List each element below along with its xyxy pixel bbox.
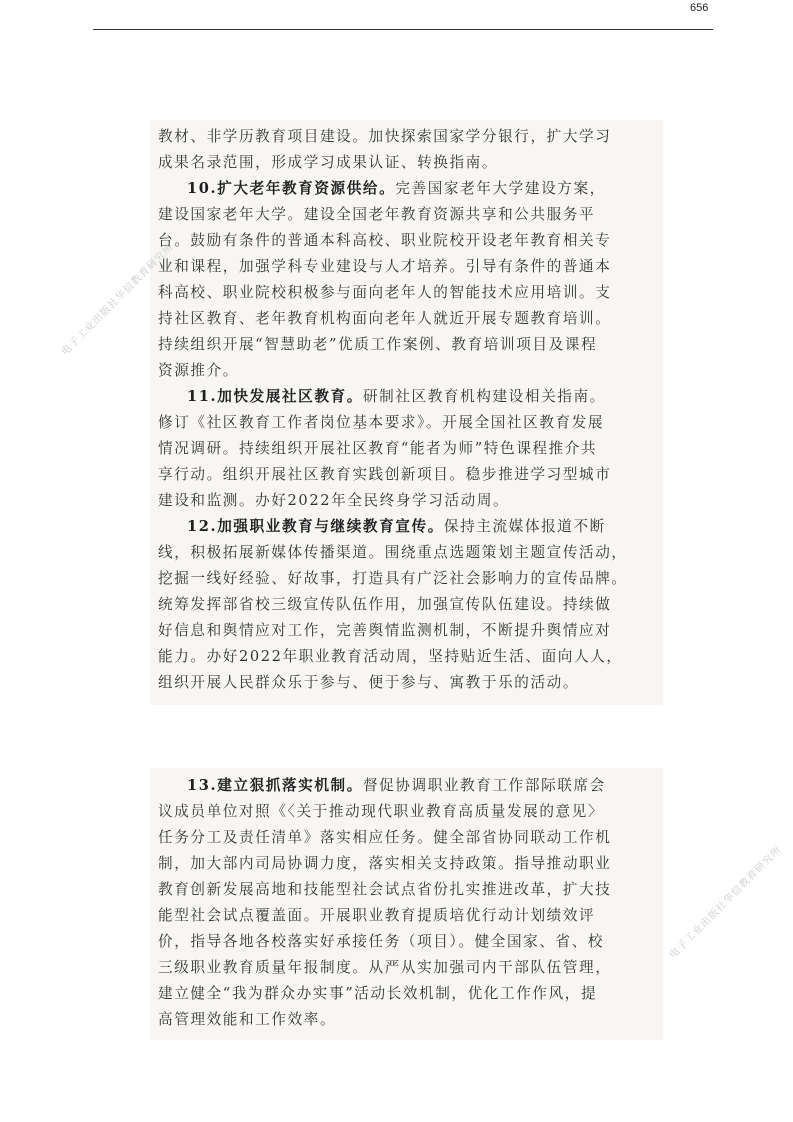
watermark-right: 电子工业出版社华信教育研究所 — [665, 841, 785, 961]
item-heading: 10.扩大老年教育资源供给。 — [187, 180, 395, 197]
item-heading: 11.加快发展社区教育。 — [187, 388, 363, 405]
text-run: 完善国家老年大学建设方案， — [395, 180, 606, 197]
text-line: 成果名录范围，形成学习成果认证、转换指南。 — [158, 150, 658, 176]
text-line: 能型社会试点覆盖面。开展职业教育提质培优行动计划绩效评 — [158, 903, 658, 929]
text-line: 能力。办好2022年职业教育活动周，坚持贴近生活、面向人人， — [158, 644, 658, 670]
item-heading: 13.建立狠抓落实机制。 — [187, 777, 363, 794]
text-line: 高管理效能和工作效率。 — [158, 1007, 658, 1033]
text-line: 业和课程，加强学科专业建设与人才培养。引导有条件的普通本 — [158, 254, 658, 280]
text-line: 好信息和舆情应对工作，完善舆情监测机制，不断提升舆情应对 — [158, 618, 658, 644]
text-run: 保持主流媒体报道不断 — [444, 518, 606, 535]
paragraph-first-line: 11.加快发展社区教育。研制社区教育机构建设相关指南。 — [158, 384, 658, 410]
text-line: 线，积极拓展新媒体传播渠道。围绕重点选题策划主题宣传活动， — [158, 540, 658, 566]
text-run: 督促协调职业教育工作部际联席会 — [363, 777, 606, 794]
header-rule — [93, 29, 713, 30]
paragraph-item-11: 11.加快发展社区教育。研制社区教育机构建设相关指南。 修订《社区教育工作者岗位… — [158, 384, 658, 514]
paragraph-item-13: 13.建立狠抓落实机制。督促协调职业教育工作部际联席会 议成员单位对照《〈关于推… — [158, 773, 658, 1033]
text-line: 享行动。组织开展社区教育实践创新项目。稳步推进学习型城市 — [158, 462, 658, 488]
text-line: 制，加大部内司局协调力度，落实相关支持政策。指导推动职业 — [158, 851, 658, 877]
text-line: 教育创新发展高地和技能型社会试点省份扎实推进改革，扩大技 — [158, 877, 658, 903]
paragraph-item-12: 12.加强职业教育与继续教育宣传。保持主流媒体报道不断 线，积极拓展新媒体传播渠… — [158, 514, 658, 696]
text-line: 三级职业教育质量年报制度。从严从实加强司内干部队伍管理， — [158, 955, 658, 981]
text-line: 教材、非学历教育项目建设。加快探索国家学分银行，扩大学习 — [158, 124, 658, 150]
text-line: 议成员单位对照《〈关于推动现代职业教育高质量发展的意见〉 — [158, 799, 658, 825]
text-line: 建设和监测。办好2022年全民终身学习活动周。 — [158, 488, 658, 514]
text-line: 建立健全“我为群众办实事”活动长效机制，优化工作作风，提 — [158, 981, 658, 1007]
text-run: 研制社区教育机构建设相关指南。 — [363, 388, 606, 405]
text-line: 任务分工及责任清单》落实相应任务。健全部省协同联动工作机 — [158, 825, 658, 851]
paragraph-first-line: 10.扩大老年教育资源供给。完善国家老年大学建设方案， — [158, 176, 658, 202]
text-line: 修订《社区教育工作者岗位基本要求》。开展全国社区教育发展 — [158, 410, 658, 436]
text-line: 科高校、职业院校积极参与面向老年人的智能技术应用培训。支 — [158, 280, 658, 306]
text-line: 挖掘一线好经验、好故事，打造具有广泛社会影响力的宣传品牌。 — [158, 566, 658, 592]
text-line: 组织开展人民群众乐于参与、便于参与、寓教于乐的活动。 — [158, 670, 658, 696]
paragraph-first-line: 12.加强职业教育与继续教育宣传。保持主流媒体报道不断 — [158, 514, 658, 540]
item-heading: 12.加强职业教育与继续教育宣传。 — [187, 518, 444, 535]
text-line: 情况调研。持续组织开展社区教育“能者为师”特色课程推介共 — [158, 436, 658, 462]
paragraph-item-10: 10.扩大老年教育资源供给。完善国家老年大学建设方案， 建设国家老年大学。建设全… — [158, 176, 658, 384]
text-line: 持社区教育、老年教育机构面向老年人就近开展专题教育培训。 — [158, 306, 658, 332]
text-line: 持续组织开展“智慧助老”优质工作案例、教育培训项目及课程 — [158, 332, 658, 358]
text-line: 建设国家老年大学。建设全国老年教育资源共享和公共服务平 — [158, 202, 658, 228]
text-line: 资源推介。 — [158, 358, 658, 384]
paragraph-continuation: 教材、非学历教育项目建设。加快探索国家学分银行，扩大学习 成果名录范围，形成学习… — [158, 124, 658, 176]
text-line: 台。鼓励有条件的普通本科高校、职业院校开设老年教育相关专 — [158, 228, 658, 254]
text-line: 价，指导各地各校落实好承接任务（项目）。健全国家、省、校 — [158, 929, 658, 955]
paragraph-first-line: 13.建立狠抓落实机制。督促协调职业教育工作部际联席会 — [158, 773, 658, 799]
page-number: 656 — [690, 2, 708, 14]
text-line: 统筹发挥部省校三级宣传队伍作用，加强宣传队伍建设。持续做 — [158, 592, 658, 618]
